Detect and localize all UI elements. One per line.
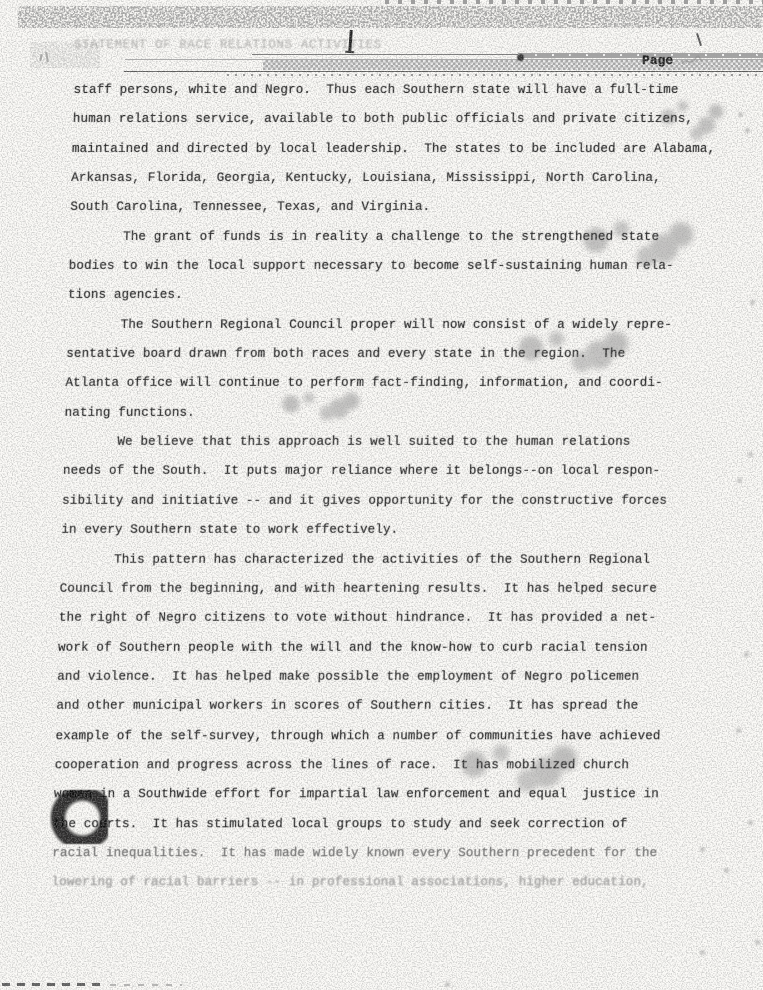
top-noise-band [18,6,763,28]
text-line: This pattern has characterized the activ… [60,546,721,575]
page-label: Page [642,53,673,68]
scan-artifact-dotline-top [385,0,763,4]
text-line: staff persons, white and Negro. Thus eac… [73,76,734,105]
text-line: the courts. It has stimulated local grou… [53,810,714,839]
text-line: We believe that this approach is well su… [63,428,724,457]
scan-rule-dark [124,71,763,72]
scan-artifact-dashes-bottom-2 [110,984,182,986]
text-line: maintained and directed by local leaders… [72,135,733,164]
scan-band-solid [518,53,763,58]
text-line: South Carolina, Tennessee, Texas, and Vi… [70,193,731,222]
scan-speck [748,820,753,825]
text-line: lowering of racial barriers -- in profes… [51,868,712,897]
text-line: The grant of funds is in reality a chall… [69,223,730,252]
scan-speck [724,868,729,873]
text-line: in every Southern state to work effectiv… [61,516,722,545]
text-line: sibility and initiative -- and it gives … [62,487,723,516]
text-line: human relations service, available to bo… [72,105,733,134]
text-line: needs of the South. It puts major relian… [63,457,724,486]
text-line: Council from the beginning, and with hea… [59,575,720,604]
text-line: racial inequalities. It has made widely … [52,839,713,868]
text-line: example of the self-survey, through whic… [55,722,716,751]
scan-artifact-dashes-bottom [2,983,102,986]
scan-speck [748,452,753,457]
text-line: the right of Negro citizens to vote with… [58,604,719,633]
text-line: women in a Southwide effort for impartia… [54,780,715,809]
scan-speck [738,112,743,117]
scan-speck [745,128,750,133]
scan-speck [750,300,755,305]
scan-artifact-dotline-header [227,74,763,76]
text-line: nating functions. [64,399,725,428]
text-line: and violence. It has helped make possibl… [57,663,718,692]
scan-speck [755,940,760,945]
document-page: STATEMENT OF RACE RELATIONS ACTIVITIES P… [0,0,763,990]
scan-speck [737,478,742,483]
pen-mark-small [696,33,702,46]
text-line: Arkansas, Florida, Georgia, Kentucky, Lo… [71,164,732,193]
text-line: work of Southern people with the will an… [58,634,719,663]
scan-speck [736,728,741,733]
text-line: tions agencies. [67,281,728,310]
text-line: and other municipal workers in scores of… [56,692,717,721]
scan-speck [700,950,705,955]
text-line: cooperation and progress across the line… [54,751,715,780]
page-title: STATEMENT OF RACE RELATIONS ACTIVITIES [74,38,382,52]
page-number-scribble [681,54,703,70]
text-line: Atlanta office will continue to perform … [65,369,726,398]
ink-smudge-small [517,53,524,62]
ink-blob [50,790,108,844]
text-line: The Southern Regional Council proper wil… [67,311,728,340]
text-line: bodies to win the local support necessar… [68,252,729,281]
document-body: staff persons, white and Negro. Thus eac… [51,76,734,898]
text-line: sentative board drawn from both races an… [66,340,727,369]
scan-speck [445,982,450,987]
margin-smudge [40,50,50,64]
scan-speck [744,652,749,657]
